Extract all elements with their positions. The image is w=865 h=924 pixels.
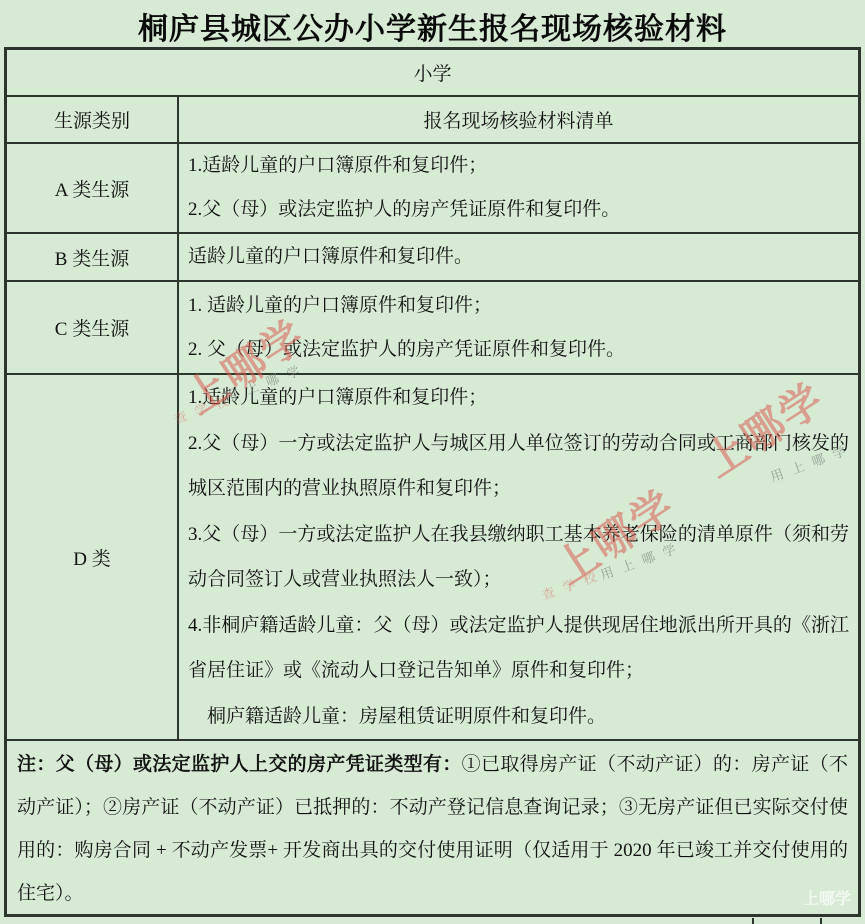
row-c-item-2: 2. 父（母）或法定监护人的房产凭证原件和复印件。	[188, 328, 849, 372]
table-row-school-level: 小学	[7, 50, 858, 95]
row-b-label: B 类生源	[7, 234, 179, 280]
page-title: 桐庐县城区公办小学新生报名现场核验材料	[0, 4, 865, 48]
partial-next-table-divider-1	[752, 918, 754, 924]
row-b-materials: 适龄儿童的户口簿原件和复印件。	[179, 234, 858, 280]
row-d-item-5: 桐庐籍适龄儿童：房屋租赁证明原件和复印件。	[188, 694, 849, 740]
note-lead-text: 注：父（母）或法定监护人上交的房产凭证类型有：	[17, 754, 462, 775]
document-page: 桐庐县城区公办小学新生报名现场核验材料 小学 生源类别 报名现场核验材料清单 A…	[0, 0, 865, 924]
row-b-item-1: 适龄儿童的户口簿原件和复印件。	[188, 235, 849, 279]
table-row-b: B 类生源 适龄儿童的户口簿原件和复印件。	[7, 232, 858, 280]
row-a-materials: 1.适龄儿童的户口簿原件和复印件； 2.父（母）或法定监护人的房产凭证原件和复印…	[179, 144, 858, 232]
table-header-row: 生源类别 报名现场核验材料清单	[7, 95, 858, 142]
row-d-item-1: 1.适龄儿童的户口簿原件和复印件；	[188, 375, 849, 421]
table-note-row: 注：父（母）或法定监护人上交的房产凭证类型有：①已取得房产证（不动产证）的：房产…	[7, 739, 858, 917]
school-level-cell: 小学	[7, 50, 858, 95]
row-c-item-1: 1. 适龄儿童的户口簿原件和复印件；	[188, 284, 849, 328]
row-a-label: A 类生源	[7, 144, 179, 232]
table-row-c: C 类生源 1. 适龄儿童的户口簿原件和复印件； 2. 父（母）或法定监护人的房…	[7, 280, 858, 373]
row-a-item-1: 1.适龄儿童的户口簿原件和复印件；	[188, 144, 849, 188]
row-c-label: C 类生源	[7, 282, 179, 373]
row-d-item-2: 2.父（母）一方或法定监护人与城区用人单位签订的劳动合同或工商部门核发的城区范围…	[188, 421, 849, 512]
materials-table: 小学 生源类别 报名现场核验材料清单 A 类生源 1.适龄儿童的户口簿原件和复印…	[4, 47, 861, 917]
row-d-item-3: 3.父（母）一方或法定监护人在我县缴纳职工基本养老保险的清单原件（须和劳动合同签…	[188, 512, 849, 603]
header-category: 生源类别	[7, 97, 179, 142]
row-d-materials: 1.适龄儿童的户口簿原件和复印件； 2.父（母）一方或法定监护人与城区用人单位签…	[179, 375, 858, 739]
row-d-label: D 类	[7, 375, 179, 739]
table-row-a: A 类生源 1.适龄儿童的户口簿原件和复印件； 2.父（母）或法定监护人的房产凭…	[7, 142, 858, 232]
table-row-d: D 类 1.适龄儿童的户口簿原件和复印件； 2.父（母）一方或法定监护人与城区用…	[7, 373, 858, 739]
partial-next-table-divider-2	[820, 918, 822, 924]
header-materials: 报名现场核验材料清单	[179, 97, 858, 142]
note-cell: 注：父（母）或法定监护人上交的房产凭证类型有：①已取得房产证（不动产证）的：房产…	[7, 741, 858, 917]
row-d-item-4: 4.非桐庐籍适龄儿童：父（母）或法定监护人提供现居住地派出所开具的《浙江省居住证…	[188, 603, 849, 694]
note-body-text: ①已取得房产证（不动产证）的：房产证（不动产证）；②房产证（不动产证）已抵押的：…	[17, 754, 848, 904]
row-c-materials: 1. 适龄儿童的户口簿原件和复印件； 2. 父（母）或法定监护人的房产凭证原件和…	[179, 282, 858, 373]
row-a-item-2: 2.父（母）或法定监护人的房产凭证原件和复印件。	[188, 188, 849, 232]
